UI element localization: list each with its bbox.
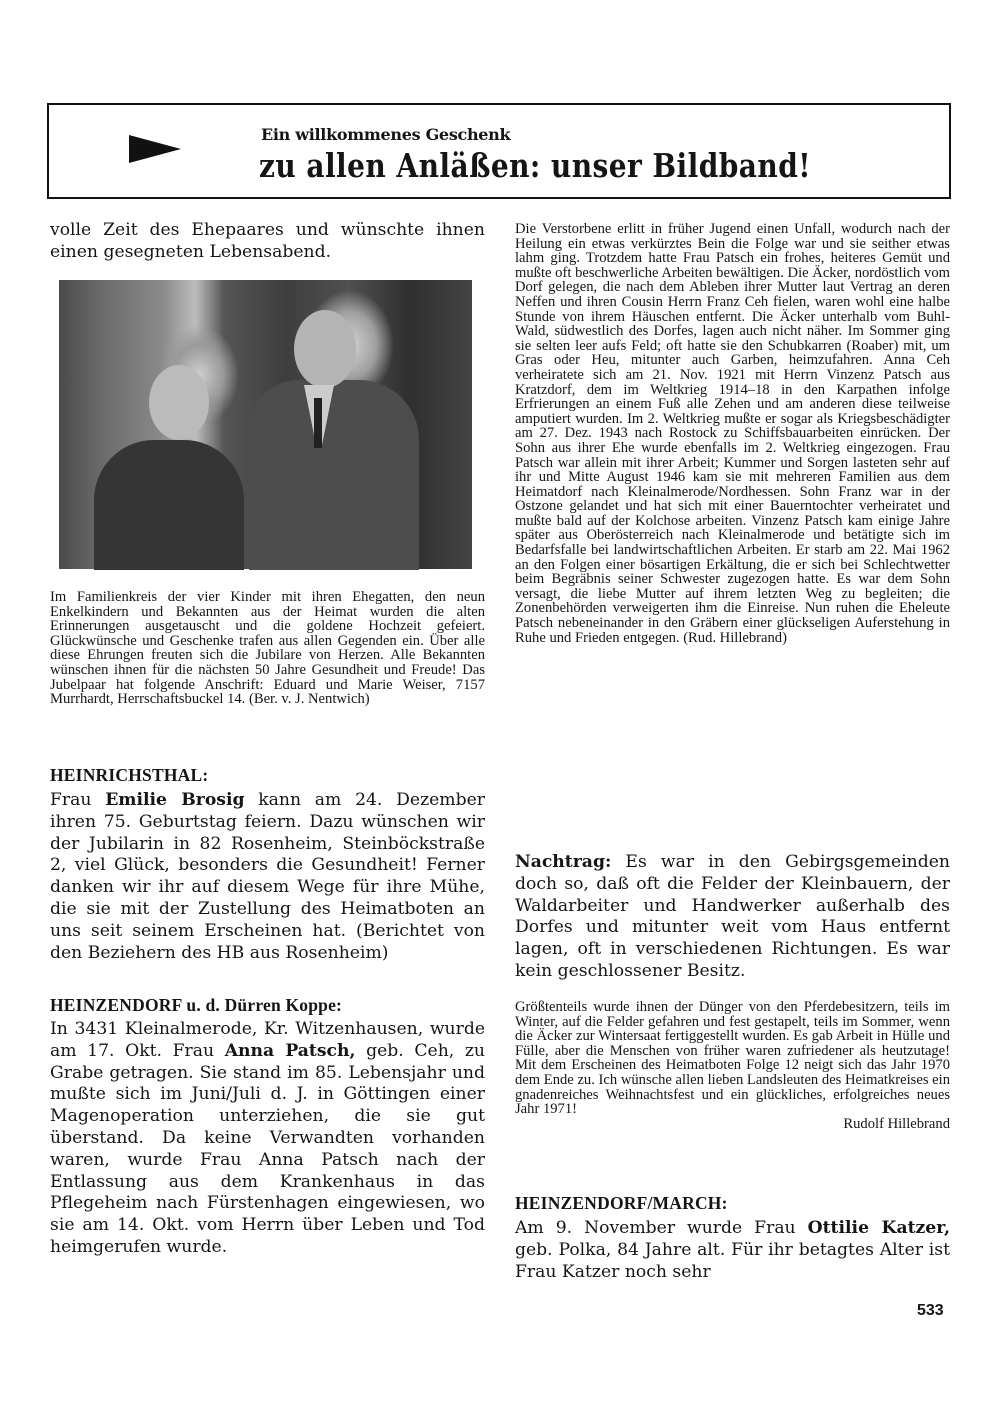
page-number: 533 bbox=[917, 1302, 944, 1320]
section-heading: HEINZENDORF u. d. Dürren Koppe: bbox=[50, 994, 485, 1016]
photo-man-figure bbox=[249, 380, 419, 570]
person-name: Anna Patsch, bbox=[225, 1041, 356, 1061]
section-heading: HEINRICHSTHAL: bbox=[50, 764, 485, 786]
section-body: Frau Emilie Brosig kann am 24. Dezember … bbox=[50, 790, 485, 964]
photo-tie bbox=[314, 398, 322, 448]
section-heinzendorf-duerren-koppe: HEINZENDORF u. d. Dürren Koppe: In 3431 … bbox=[50, 994, 485, 1259]
nachtrag-label: Nachtrag: bbox=[515, 852, 611, 872]
photo-man-head bbox=[294, 310, 356, 388]
document-page: Ein willkommenes Geschenk zu allen Anläß… bbox=[0, 0, 1000, 1413]
person-name: Emilie Brosig bbox=[105, 790, 244, 810]
intro-paragraph: volle Zeit des Ehepaares und wünschte ih… bbox=[50, 220, 485, 264]
advertisement-subtitle: Ein willkommenes Geschenk bbox=[261, 125, 510, 144]
section-body: Am 9. November wurde Frau Ottilie Katzer… bbox=[515, 1218, 950, 1283]
signature: Rudolf Hillebrand bbox=[515, 1117, 950, 1132]
section-heading: HEINZENDORF/MARCH: bbox=[515, 1192, 950, 1214]
arrow-pointer-icon bbox=[129, 135, 181, 163]
closing-paragraph: Größtenteils wurde ihnen der Dünger von … bbox=[515, 1000, 950, 1131]
person-name: Ottilie Katzer, bbox=[808, 1218, 950, 1238]
nachtrag-paragraph: Nachtrag: Es war in den Gebirgsgemeinden… bbox=[515, 852, 950, 983]
advertisement-title: zu allen Anläßen: unser Bildband! bbox=[259, 146, 811, 185]
section-heinzendorf-march: HEINZENDORF/MARCH: Am 9. November wurde … bbox=[515, 1192, 950, 1283]
photo-woman-head bbox=[149, 365, 209, 440]
closing-text: Größtenteils wurde ihnen der Dünger von … bbox=[515, 1000, 950, 1117]
obituary-continuation: Die Verstorbene erlitt in früher Jugend … bbox=[515, 222, 950, 645]
couple-photo bbox=[59, 280, 472, 569]
bildband-advertisement: Ein willkommenes Geschenk zu allen Anläß… bbox=[47, 103, 951, 199]
photo-caption: Im Familienkreis der vier Kinder mit ihr… bbox=[50, 590, 485, 707]
photo-woman-figure bbox=[94, 440, 244, 570]
section-heinrichsthal: HEINRICHSTHAL: Frau Emilie Brosig kann a… bbox=[50, 764, 485, 964]
section-body: In 3431 Kleinalmerode, Kr. Witzenhausen,… bbox=[50, 1019, 485, 1259]
